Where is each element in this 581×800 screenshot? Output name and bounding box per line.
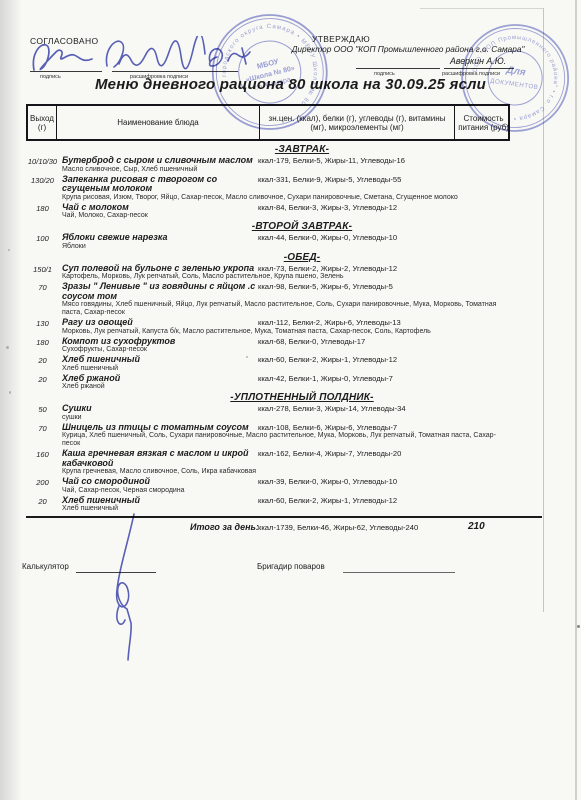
menu-row: 160Каша гречневая вязкая с маслом и икро…: [26, 449, 542, 476]
dish-nutrition: ккал-44, Белки-0, Жиры-0, Углеводы-10: [258, 234, 502, 243]
dish-weight: 150/1: [26, 265, 59, 274]
dish-name: Хлеб пшеничный: [62, 496, 259, 506]
dish-weight: 180: [26, 204, 59, 213]
dish-ingredients: Чай, Молоко, Сахар-песок: [62, 212, 508, 220]
menu-body: -ЗАВТРАК-10/10/30Бутерброд с сыром и сли…: [26, 143, 542, 536]
dish-name: Суп полевой на бульоне с зеленью укропа: [62, 264, 259, 274]
scan-speck: [577, 625, 580, 628]
dish-ingredients: Мясо говядины, Хлеб пшеничный, Яйцо, Лук…: [62, 301, 508, 317]
signature-line: [356, 68, 440, 69]
menu-row: 150/1Суп полевой на бульоне с зеленью ук…: [26, 264, 542, 282]
dish-weight: 100: [26, 234, 59, 243]
dish-name: Рагу из овощей: [62, 318, 259, 328]
calculator-label: Калькулятор: [22, 562, 69, 571]
scan-line-top: [420, 8, 543, 9]
dish-ingredients: Крупа рисовая, Изюм, Творог, Яйцо, Сахар…: [62, 194, 508, 202]
dish-nutrition: ккал-179, Белки-5, Жиры-11, Углеводы-16: [258, 157, 502, 166]
dish-nutrition: ккал-68, Белки-0, Углеводы-17: [258, 338, 502, 347]
dish-nutrition: ккал-331, Белки-9, Жиры-5, Углеводы-55: [258, 176, 502, 185]
dish-ingredients: Крупа гречневая, Масло сливочное, Соль, …: [62, 468, 508, 476]
section-heading: -ВТОРОЙ ЗАВТРАК-: [62, 221, 542, 232]
menu-row: 130/20Запеканка рисовая с творогом со сг…: [26, 175, 542, 202]
dish-name: Шницель из птицы с томатным соусом: [62, 423, 259, 433]
menu-row: 130Рагу из овощейккал-112, Белки-2, Жиры…: [26, 318, 542, 336]
dish-name: Чай со смородиной: [62, 477, 259, 487]
brigadier-label: Бригадир поваров: [257, 562, 325, 571]
dish-name: Яблоки свежие нарезка: [62, 233, 259, 243]
dish-nutrition: ккал-108, Белки-6, Жиры-6, Углеводы-7: [258, 424, 502, 433]
dish-nutrition: ккал-39, Белки-0, Жиры-0, Углеводы-10: [258, 478, 502, 487]
dish-ingredients: Яблоки: [62, 243, 508, 251]
dish-ingredients: Хлеб ржаной: [62, 383, 508, 391]
dish-nutrition: ккал-278, Белки-3, Жиры-14, Углеводы-34: [258, 405, 502, 414]
dish-ingredients: Хлеб пшеничный: [62, 365, 508, 373]
dish-nutrition: ккал-112, Белки-2, Жиры-6, Углеводы-13: [258, 319, 502, 328]
dish-weight: 130: [26, 319, 59, 328]
dish-weight: 70: [26, 283, 59, 292]
dish-name: Бутерброд с сыром и сливочным маслом: [62, 156, 259, 166]
dish-name: Зразы " Ленивые " из говядины с яйцом .с…: [62, 282, 259, 301]
menu-row: 10/10/30Бутерброд с сыром и сливочным ма…: [26, 156, 542, 174]
dish-nutrition: ккал-73, Белки-2, Жиры-2, Углеводы-12: [258, 265, 502, 274]
dish-name: Каша гречневая вязкая с маслом и икрой к…: [62, 449, 259, 468]
dish-weight: 10/10/30: [26, 157, 59, 166]
col-weight: Выход (г): [28, 106, 57, 139]
signature-ink-calculator: [98, 512, 162, 662]
dish-ingredients: Чай, Сахар-песок, Черная смородина: [62, 487, 508, 495]
signature-ink-left: [28, 40, 106, 74]
dish-weight: 50: [26, 405, 59, 414]
dish-weight: 200: [26, 478, 59, 487]
dish-ingredients: Морковь, Лук репчатый, Капуста б/к, Масл…: [62, 328, 508, 336]
dish-weight: 180: [26, 338, 59, 347]
section-heading: -ОБЕД-: [62, 252, 542, 263]
scan-speck: [9, 391, 11, 394]
dish-nutrition: ккал-84, Белки-3, Жиры-3, Углеводы-12: [258, 204, 502, 213]
menu-row: 180Чай с молокомккал-84, Белки-3, Жиры-3…: [26, 203, 542, 221]
menu-row: 20Хлеб пшеничныйккал-60, Белки-2, Жиры-1…: [26, 496, 542, 514]
dish-name: Сушки: [62, 404, 259, 414]
daily-total-cost: 210: [468, 521, 485, 532]
menu-row: 200Чай со смородинойккал-39, Белки-0, Жи…: [26, 477, 542, 495]
dish-weight: 130/20: [26, 176, 59, 185]
dish-nutrition: ккал-98, Белки-5, Жиры-6, Углеводы-5: [258, 283, 502, 292]
menu-row: 20Хлеб ржанойккал-42, Белки-1, Жиры-0, У…: [26, 374, 542, 392]
dish-ingredients: Курица, Хлеб пшеничный, Соль, Сухари пан…: [62, 432, 508, 448]
stamp-center-text: ДОКУМЕНТОВ: [490, 78, 539, 92]
scanned-menu-page: СОГЛАСОВАНО подпись расшифровка подписи …: [0, 0, 581, 800]
menu-row: 180Компот из сухофруктовккал-68, Белки-0…: [26, 337, 542, 355]
menu-row: 70Шницель из птицы с томатным соусомккал…: [26, 423, 542, 449]
dish-ingredients: Сухофрукты, Сахар-песок: [62, 346, 508, 354]
menu-row: 100Яблоки свежие нарезкаккал-44, Белки-0…: [26, 233, 542, 251]
section-heading: -УПЛОТНЕННЫЙ ПОЛДНИК-: [62, 392, 542, 403]
scan-speck: [8, 249, 10, 251]
dish-nutrition: ккал-162, Белки-4, Жиры-7, Углеводы-20: [258, 450, 502, 459]
dish-weight: 20: [26, 375, 59, 384]
section-heading: -ЗАВТРАК-: [62, 144, 542, 155]
brigadier-signature-line: [343, 572, 455, 573]
menu-row: 50Сушкиккал-278, Белки-3, Жиры-14, Углев…: [26, 404, 542, 422]
dish-name: Хлеб пшеничный: [62, 355, 259, 365]
dish-name: Компот из сухофруктов: [62, 337, 259, 347]
dish-weight: 20: [26, 497, 59, 506]
dish-ingredients: Картофель, Морковь, Лук репчатый, Соль, …: [62, 273, 508, 281]
dish-weight: 20: [26, 356, 59, 365]
menu-row: 20Хлеб пшеничныйккал-60, Белки-2, Жиры-1…: [26, 355, 542, 373]
daily-total-label: Итого за день:: [190, 522, 259, 532]
dish-name: Хлеб ржаной: [62, 374, 259, 384]
daily-total-nutrition: ккал-1739, Белки-46, Жиры-62, Углеводы-2…: [258, 523, 418, 532]
stamp-center-text: Для: [505, 65, 527, 79]
dish-ingredients: сушки: [62, 414, 508, 422]
dish-nutrition: ккал-42, Белки-1, Жиры-0, Углеводы-7: [258, 375, 502, 384]
dish-weight: 70: [26, 424, 59, 433]
scan-speck: [6, 346, 9, 349]
menu-row: 70Зразы " Ленивые " из говядины с яйцом …: [26, 282, 542, 317]
dish-nutrition: ккал-60, Белки-2, Жиры-1, Углеводы-12: [258, 497, 502, 506]
scan-shadow-left: [0, 0, 22, 800]
signature-ink-decipher: [104, 36, 254, 76]
svg-text:ООО "КОП Промышленного района": ООО "КОП Промышленного района" • г.о. Са…: [467, 29, 564, 126]
dish-name: Запеканка рисовая с творогом со сгущеным…: [62, 175, 259, 194]
stamp-ring-text: ООО "КОП Промышленного района" • г.о. Са…: [467, 29, 564, 126]
dish-name: Чай с молоком: [62, 203, 259, 213]
dish-ingredients: Масло сливочное, Сыр, Хлеб пшеничный: [62, 166, 508, 174]
dish-nutrition: ккал-60, Белки-2, Жиры-1, Углеводы-12: [258, 356, 502, 365]
dish-weight: 160: [26, 450, 59, 459]
scan-line-edge: [575, 0, 577, 800]
round-stamp-documents: ООО "КОП Промышленного района" • г.о. Са…: [449, 14, 581, 143]
